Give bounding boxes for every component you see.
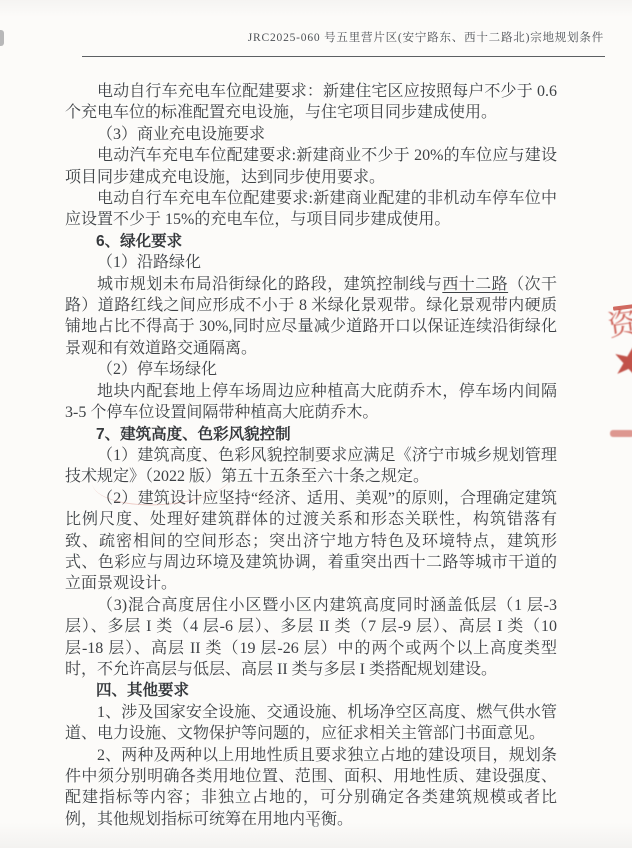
header-title: JRC2025-060 号五里营片区(安宁路东、西十二路北)宗地规划条件	[248, 32, 604, 44]
paragraph: 城市规划未布局沿街绿化的路段，建筑控制线与西十二路（次干路）道路红线之间应形成不…	[65, 274, 557, 360]
paragraph: 1、涉及国家安全设施、交通设施、机场净空区高度、燃气供水管道、电力设施、文物保护…	[65, 702, 557, 745]
section-heading: 四、其他要求	[65, 680, 557, 701]
paragraph: 电动自行车充电车位配建要求:新建商业配建的非机动车停车位中应设置不少于 15%的…	[65, 188, 557, 231]
paragraph: 地块内配套地上停车场周边应种植高大庇荫乔木，停车场内间隔 3-5 个停车位设置间…	[65, 381, 557, 424]
paragraph: 电动自行车充电车位配建要求：新建住宅区应按照每户不少于 0.6 个充电车位的标准…	[65, 81, 557, 124]
underlined-road-name: 西十二路	[442, 276, 508, 293]
document-body: 电动自行车充电车位配建要求：新建住宅区应按照每户不少于 0.6 个充电车位的标准…	[65, 81, 557, 830]
paragraph: （2）建筑设计应坚持“经济、适用、美观”的原则，合理确定建筑比例尺度、处理好建筑…	[65, 488, 557, 595]
page-header: JRC2025-060 号五里营片区(安宁路东、西十二路北)宗地规划条件	[80, 29, 604, 45]
paragraph: （3）商业充电设施要求	[65, 124, 557, 145]
red-seal-stamp: 资 ★	[598, 298, 632, 446]
header-rule	[82, 56, 605, 57]
scan-artifact	[0, 30, 4, 46]
stamp-star-icon: ★	[607, 339, 632, 388]
paragraph: （2）停车场绿化	[65, 359, 557, 380]
stamp-smudge	[610, 430, 632, 437]
document-page: JRC2025-060 号五里营片区(安宁路东、西十二路北)宗地规划条件 电动自…	[0, 0, 632, 848]
page-number: 5	[0, 815, 632, 831]
paragraph: （1）建筑高度、色彩风貌控制要求应满足《济宁市城乡规划管理技术规定》（2022 …	[65, 445, 557, 488]
paragraph: （3)混合高度居住小区暨小区内建筑高度同时涵盖低层（1 层-3 层）、多层 I …	[65, 595, 557, 681]
section-heading: 6、绿化要求	[65, 231, 557, 252]
stamp-character: 资	[606, 309, 632, 342]
stamp-dash	[613, 303, 632, 310]
paragraph: 电动汽车充电车位配建要求:新建商业不少于 20%的车位应与建设项目同步建成充电设…	[65, 145, 557, 188]
paragraph: （1）沿路绿化	[65, 252, 557, 273]
section-heading: 7、建筑高度、色彩风貌控制	[65, 424, 557, 445]
